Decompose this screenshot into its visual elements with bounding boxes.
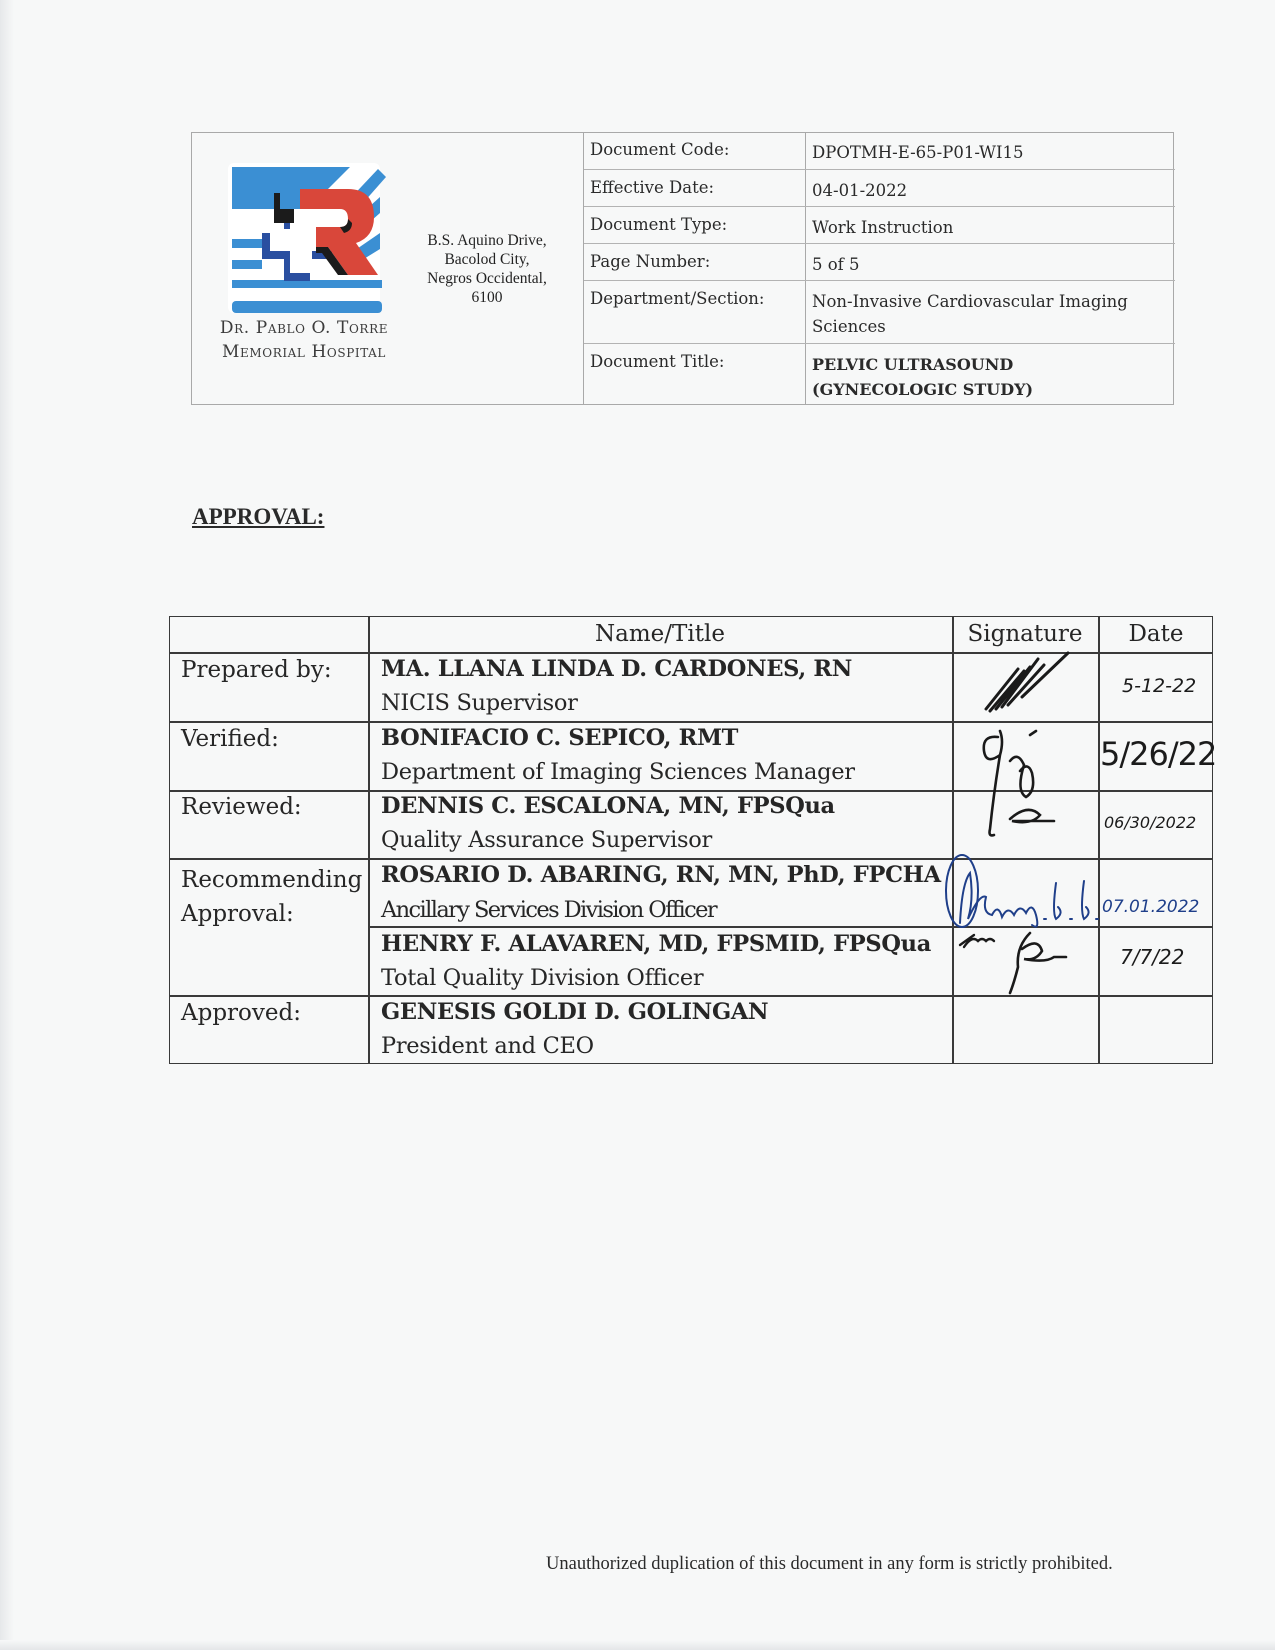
approver-title: Quality Assurance Supervisor [381, 827, 712, 853]
row-divider [368, 926, 1212, 928]
scan-edge [0, 0, 14, 1650]
role-label: Prepared by: [181, 657, 332, 683]
department-value: Non-Invasive Cardiovascular Imaging Scie… [806, 281, 1175, 351]
row-divider [170, 721, 1212, 723]
meta-label: Document Title: [584, 344, 806, 405]
approver-title: Ancillary Services Division Officer [381, 897, 716, 923]
row-divider [170, 858, 1212, 860]
sign-date: 06/30/2022 [1104, 813, 1196, 832]
role-label: Verified: [181, 726, 279, 752]
logo-cell: Dr. Pablo O. Torre Memorial Hospital [192, 133, 392, 404]
signature-icon [978, 647, 1078, 717]
row-divider [170, 652, 1212, 654]
role-label: Recommending Approval: [181, 863, 362, 931]
approver-name: DENNIS C. ESCALONA, MN, FPSQua [381, 793, 835, 819]
meta-row-effective-date: Effective Date: 04-01-2022 [584, 170, 1175, 207]
sign-date: 7/7/22 [1120, 945, 1184, 969]
document-title-value: PELVIC ULTRASOUND (GYNECOLOGIC STUDY) [806, 344, 1175, 413]
meta-label: Effective Date: [584, 170, 806, 206]
signature-icon [970, 721, 1080, 841]
column-header-date: Date [1098, 621, 1214, 647]
meta-label: Document Type: [584, 207, 806, 243]
row-divider [170, 790, 1212, 792]
sign-date: 07.01.2022 [1102, 897, 1199, 917]
meta-row-page-number: Page Number: 5 of 5 [584, 244, 1175, 281]
role-label: Reviewed: [181, 794, 302, 820]
sign-date: 5-12-22 [1122, 675, 1196, 697]
approver-title: NICIS Supervisor [381, 690, 578, 716]
signature-icon [956, 927, 1076, 997]
hospital-name: Dr. Pablo O. Torre Memorial Hospital [204, 316, 404, 364]
approver-name: ROSARIO D. ABARING, RN, MN, PhD, FPCHA [381, 862, 941, 888]
approver-name: MA. LLANA LINDA D. CARDONES, RN [381, 656, 852, 682]
approver-name: BONIFACIO C. SEPICO, RMT [381, 725, 738, 751]
column-header-name-title: Name/Title [368, 621, 952, 647]
meta-label: Department/Section: [584, 281, 806, 343]
approver-title: Total Quality Division Officer [381, 965, 703, 991]
meta-row-document-title: Document Title: PELVIC ULTRASOUND (GYNEC… [584, 344, 1175, 405]
hospital-logo-icon [228, 163, 390, 315]
approver-title: President and CEO [381, 1033, 594, 1059]
meta-label: Document Code: [584, 132, 806, 169]
approver-title: Department of Imaging Sciences Manager [381, 759, 855, 785]
approval-heading: APPROVAL: [192, 504, 324, 530]
document-header-table: Dr. Pablo O. Torre Memorial Hospital B.S… [191, 132, 1174, 405]
sign-date: 5/26/22 [1100, 735, 1216, 773]
meta-row-document-code: Document Code: DPOTMH-E-65-P01-WI15 [584, 132, 1175, 170]
meta-label: Page Number: [584, 244, 806, 280]
role-label: Approved: [181, 1000, 301, 1026]
approver-name: GENESIS GOLDI D. GOLINGAN [381, 999, 768, 1025]
hospital-address: B.S. Aquino Drive, Bacolod City, Negros … [400, 231, 574, 307]
row-divider [170, 995, 1212, 997]
footer-notice: Unauthorized duplication of this documen… [546, 1554, 1113, 1575]
approver-name: HENRY F. ALAVAREN, MD, FPSMID, FPSQua [381, 931, 931, 957]
meta-row-department: Department/Section: Non-Invasive Cardiov… [584, 281, 1175, 344]
meta-row-document-type: Document Type: Work Instruction [584, 207, 1175, 244]
document-metadata: Document Code: DPOTMH-E-65-P01-WI15 Effe… [583, 132, 1175, 405]
scan-edge [0, 1640, 1275, 1650]
signature-icon [940, 853, 1110, 933]
approval-table: Name/Title Signature Date Prepared by: M… [169, 616, 1213, 1064]
column-header-signature: Signature [952, 621, 1098, 647]
